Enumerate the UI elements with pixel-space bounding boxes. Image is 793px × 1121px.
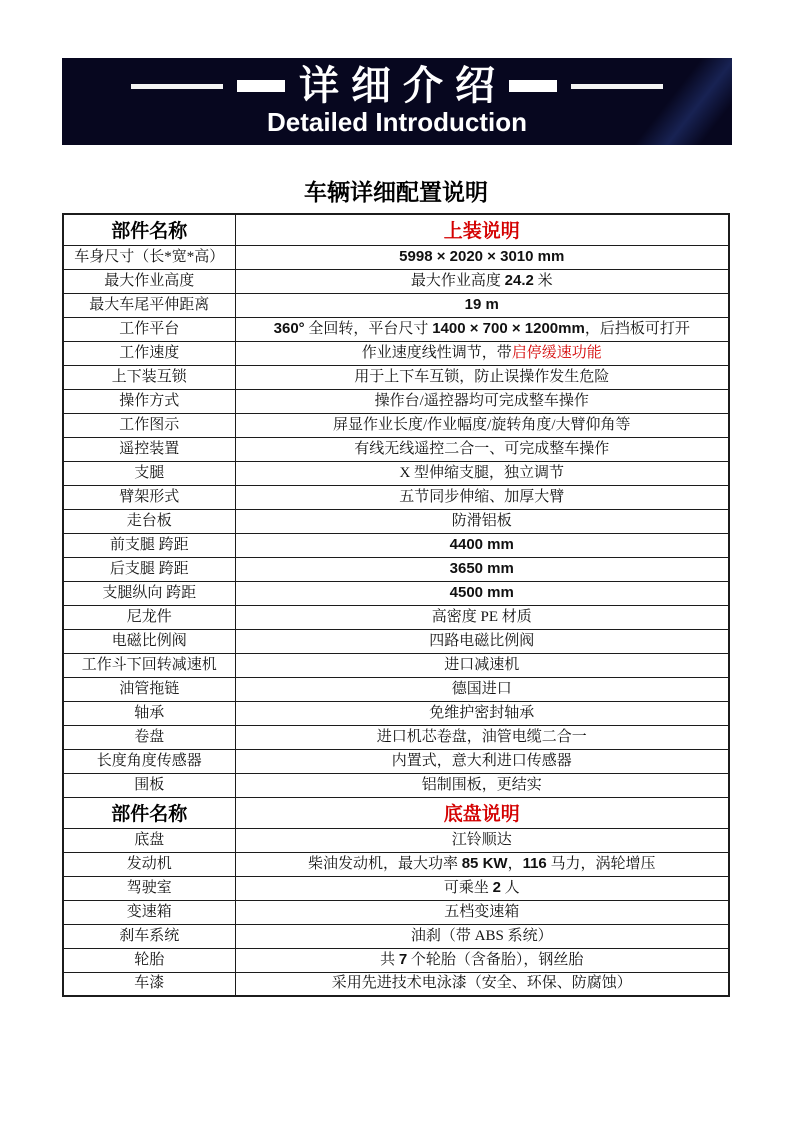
description-text: 3650 mm	[450, 560, 514, 577]
description-text: 85 KW	[462, 855, 508, 872]
spec-table-body: 部件名称上装说明车身尺寸（长*宽*高）5998 × 2020 × 3010 mm…	[63, 214, 729, 996]
part-name-cell: 支腿	[63, 461, 235, 485]
description-text: 个轮胎（含备胎），钢丝胎	[407, 952, 583, 968]
description-text: 四路电磁比例阀	[429, 633, 534, 649]
description-text: 油刹（带 ABS 系统）	[411, 928, 553, 944]
part-name-cell: 最大作业高度	[63, 269, 235, 293]
part-description-cell: 采用先进技术电泳漆（安全、环保、防腐蚀）	[235, 972, 729, 996]
section-header-value: 上装说明	[235, 214, 729, 245]
part-description-cell: 五档变速箱	[235, 900, 729, 924]
description-text: 7	[399, 951, 407, 968]
spec-row: 尼龙件高密度 PE 材质	[63, 605, 729, 629]
part-name-cell: 驾驶室	[63, 876, 235, 900]
part-description-cell: 进口减速机	[235, 653, 729, 677]
description-text: 5998 × 2020 × 3010 mm	[399, 248, 564, 265]
part-description-cell: 屏显作业长度/作业幅度/旋转角度/大臂仰角等	[235, 413, 729, 437]
description-text: 五档变速箱	[444, 904, 519, 920]
part-name-cell: 围板	[63, 773, 235, 797]
description-text: 4400 mm	[450, 536, 514, 553]
spec-row: 电磁比例阀四路电磁比例阀	[63, 629, 729, 653]
intro-banner: 详细介绍 Detailed Introduction	[62, 58, 732, 145]
part-description-cell: 4500 mm	[235, 581, 729, 605]
part-description-cell: 高密度 PE 材质	[235, 605, 729, 629]
spec-row: 变速箱五档变速箱	[63, 900, 729, 924]
page-title: 车辆详细配置说明	[62, 174, 730, 207]
spec-row: 长度角度传感器内置式，意大利进口传感器	[63, 749, 729, 773]
description-text: 2	[493, 879, 501, 896]
description-text: 铝制围板，更结实	[422, 777, 542, 793]
description-text: 116	[523, 855, 547, 872]
spec-row: 轴承免维护密封轴承	[63, 701, 729, 725]
description-text: 4500 mm	[450, 584, 514, 601]
part-description-cell: 用于上下车互锁，防止误操作发生危险	[235, 365, 729, 389]
spec-row: 支腿X 型伸缩支腿，独立调节	[63, 461, 729, 485]
part-name-cell: 刹车系统	[63, 924, 235, 948]
description-text: 全回转，平台尺寸	[305, 321, 433, 337]
spec-row: 走台板防滑铝板	[63, 509, 729, 533]
description-text: ，	[508, 856, 523, 872]
spec-row: 最大作业高度最大作业高度 24.2 米	[63, 269, 729, 293]
part-name-cell: 底盘	[63, 828, 235, 852]
section-header-value: 底盘说明	[235, 797, 729, 828]
description-text: 360°	[274, 320, 305, 337]
part-name-cell: 轮胎	[63, 948, 235, 972]
description-text: 柴油发动机，最大功率	[308, 856, 462, 872]
spec-row: 车身尺寸（长*宽*高）5998 × 2020 × 3010 mm	[63, 245, 729, 269]
part-description-cell: 360° 全回转，平台尺寸 1400 × 700 × 1200mm，后挡板可打开	[235, 317, 729, 341]
description-text: 江铃顺达	[452, 832, 512, 848]
part-description-cell: 进口机芯卷盘，油管电缆二合一	[235, 725, 729, 749]
banner-left-thin-line	[131, 84, 223, 89]
part-description-cell: 防滑铝板	[235, 509, 729, 533]
part-description-cell: 有线无线遥控二合一、可完成整车操作	[235, 437, 729, 461]
spec-row: 工作平台360° 全回转，平台尺寸 1400 × 700 × 1200mm，后挡…	[63, 317, 729, 341]
part-name-cell: 变速箱	[63, 900, 235, 924]
spec-row: 车漆采用先进技术电泳漆（安全、环保、防腐蚀）	[63, 972, 729, 996]
part-name-cell: 油管拖链	[63, 677, 235, 701]
part-name-cell: 工作速度	[63, 341, 235, 365]
part-description-cell: 操作台/遥控器均可完成整车操作	[235, 389, 729, 413]
part-name-cell: 工作平台	[63, 317, 235, 341]
part-name-cell: 走台板	[63, 509, 235, 533]
spec-row: 工作图示屏显作业长度/作业幅度/旋转角度/大臂仰角等	[63, 413, 729, 437]
spec-row: 围板铝制围板，更结实	[63, 773, 729, 797]
part-name-cell: 车漆	[63, 972, 235, 996]
description-text: 免维护密封轴承	[429, 705, 534, 721]
description-text: 内置式，意大利进口传感器	[392, 753, 572, 769]
part-name-cell: 操作方式	[63, 389, 235, 413]
part-description-cell: X 型伸缩支腿，独立调节	[235, 461, 729, 485]
description-text: 用于上下车互锁，防止误操作发生危险	[354, 369, 609, 385]
description-text: 米	[534, 273, 553, 289]
part-description-cell: 19 m	[235, 293, 729, 317]
part-name-cell: 支腿纵向 跨距	[63, 581, 235, 605]
section-header-label: 部件名称	[63, 797, 235, 828]
part-description-cell: 德国进口	[235, 677, 729, 701]
part-description-cell: 作业速度线性调节，带启停缓速功能	[235, 341, 729, 365]
part-name-cell: 工作图示	[63, 413, 235, 437]
part-description-cell: 可乘坐 2 人	[235, 876, 729, 900]
banner-right-thick-dash	[509, 80, 557, 92]
section-header-label: 部件名称	[63, 214, 235, 245]
highlighted-text: 启停缓速功能	[512, 345, 602, 361]
part-name-cell: 最大车尾平伸距离	[63, 293, 235, 317]
part-name-cell: 发动机	[63, 852, 235, 876]
part-name-cell: 遥控装置	[63, 437, 235, 461]
description-text: 19 m	[465, 296, 499, 313]
banner-title-cn: 详细介绍	[299, 66, 507, 106]
part-name-cell: 后支腿 跨距	[63, 557, 235, 581]
section-header-row: 部件名称底盘说明	[63, 797, 729, 828]
part-description-cell: 3650 mm	[235, 557, 729, 581]
spec-row: 操作方式操作台/遥控器均可完成整车操作	[63, 389, 729, 413]
part-name-cell: 车身尺寸（长*宽*高）	[63, 245, 235, 269]
description-text: ，后挡板可打开	[585, 321, 690, 337]
spec-row: 刹车系统油刹（带 ABS 系统）	[63, 924, 729, 948]
part-name-cell: 工作斗下回转减速机	[63, 653, 235, 677]
part-description-cell: 铝制围板，更结实	[235, 773, 729, 797]
description-text: 马力，涡轮增压	[547, 856, 656, 872]
spec-row: 卷盘进口机芯卷盘，油管电缆二合一	[63, 725, 729, 749]
spec-row: 油管拖链德国进口	[63, 677, 729, 701]
part-description-cell: 5998 × 2020 × 3010 mm	[235, 245, 729, 269]
description-text: 防滑铝板	[452, 513, 512, 529]
part-name-cell: 卷盘	[63, 725, 235, 749]
description-text: 进口减速机	[444, 657, 519, 673]
part-description-cell: 共 7 个轮胎（含备胎），钢丝胎	[235, 948, 729, 972]
description-text: X 型伸缩支腿，独立调节	[399, 465, 564, 481]
part-description-cell: 4400 mm	[235, 533, 729, 557]
part-description-cell: 柴油发动机，最大功率 85 KW，116 马力，涡轮增压	[235, 852, 729, 876]
part-name-cell: 臂架形式	[63, 485, 235, 509]
part-description-cell: 油刹（带 ABS 系统）	[235, 924, 729, 948]
spec-row: 工作斗下回转减速机进口减速机	[63, 653, 729, 677]
description-text: 人	[501, 880, 520, 896]
description-text: 最大作业高度	[411, 273, 505, 289]
spec-row: 轮胎共 7 个轮胎（含备胎），钢丝胎	[63, 948, 729, 972]
description-text: 可乘坐	[444, 880, 493, 896]
spec-row: 遥控装置有线无线遥控二合一、可完成整车操作	[63, 437, 729, 461]
spec-row: 臂架形式五节同步伸缩、加厚大臂	[63, 485, 729, 509]
description-text: 高密度 PE 材质	[432, 609, 532, 625]
description-text: 采用先进技术电泳漆（安全、环保、防腐蚀）	[332, 975, 632, 991]
spec-row: 发动机柴油发动机，最大功率 85 KW，116 马力，涡轮增压	[63, 852, 729, 876]
part-description-cell: 最大作业高度 24.2 米	[235, 269, 729, 293]
spec-row: 支腿纵向 跨距4500 mm	[63, 581, 729, 605]
spec-row: 工作速度作业速度线性调节，带启停缓速功能	[63, 341, 729, 365]
part-name-cell: 前支腿 跨距	[63, 533, 235, 557]
part-description-cell: 五节同步伸缩、加厚大臂	[235, 485, 729, 509]
part-name-cell: 长度角度传感器	[63, 749, 235, 773]
description-text: 德国进口	[452, 681, 512, 697]
part-name-cell: 尼龙件	[63, 605, 235, 629]
spec-row: 后支腿 跨距3650 mm	[63, 557, 729, 581]
part-description-cell: 内置式，意大利进口传感器	[235, 749, 729, 773]
description-text: 有线无线遥控二合一、可完成整车操作	[354, 441, 609, 457]
spec-table: 部件名称上装说明车身尺寸（长*宽*高）5998 × 2020 × 3010 mm…	[62, 213, 730, 997]
part-name-cell: 轴承	[63, 701, 235, 725]
banner-right-thin-line	[571, 84, 663, 89]
description-text: 屏显作业长度/作业幅度/旋转角度/大臂仰角等	[333, 417, 631, 433]
description-text: 五节同步伸缩、加厚大臂	[399, 489, 564, 505]
description-text: 1400 × 700 × 1200mm	[432, 320, 585, 337]
banner-title-en: Detailed Introduction	[62, 109, 732, 135]
part-description-cell: 四路电磁比例阀	[235, 629, 729, 653]
description-text: 操作台/遥控器均可完成整车操作	[375, 393, 589, 409]
part-name-cell: 上下装互锁	[63, 365, 235, 389]
part-description-cell: 江铃顺达	[235, 828, 729, 852]
spec-row: 前支腿 跨距4400 mm	[63, 533, 729, 557]
description-text: 作业速度线性调节，带	[362, 345, 512, 361]
description-text: 共	[380, 952, 399, 968]
section-header-row: 部件名称上装说明	[63, 214, 729, 245]
banner-title-row: 详细介绍	[62, 66, 732, 106]
banner-left-thick-dash	[237, 80, 285, 92]
spec-row: 最大车尾平伸距离19 m	[63, 293, 729, 317]
spec-row: 驾驶室可乘坐 2 人	[63, 876, 729, 900]
description-text: 24.2	[505, 272, 534, 289]
description-text: 进口机芯卷盘，油管电缆二合一	[377, 729, 587, 745]
part-description-cell: 免维护密封轴承	[235, 701, 729, 725]
spec-row: 上下装互锁用于上下车互锁，防止误操作发生危险	[63, 365, 729, 389]
spec-row: 底盘江铃顺达	[63, 828, 729, 852]
part-name-cell: 电磁比例阀	[63, 629, 235, 653]
